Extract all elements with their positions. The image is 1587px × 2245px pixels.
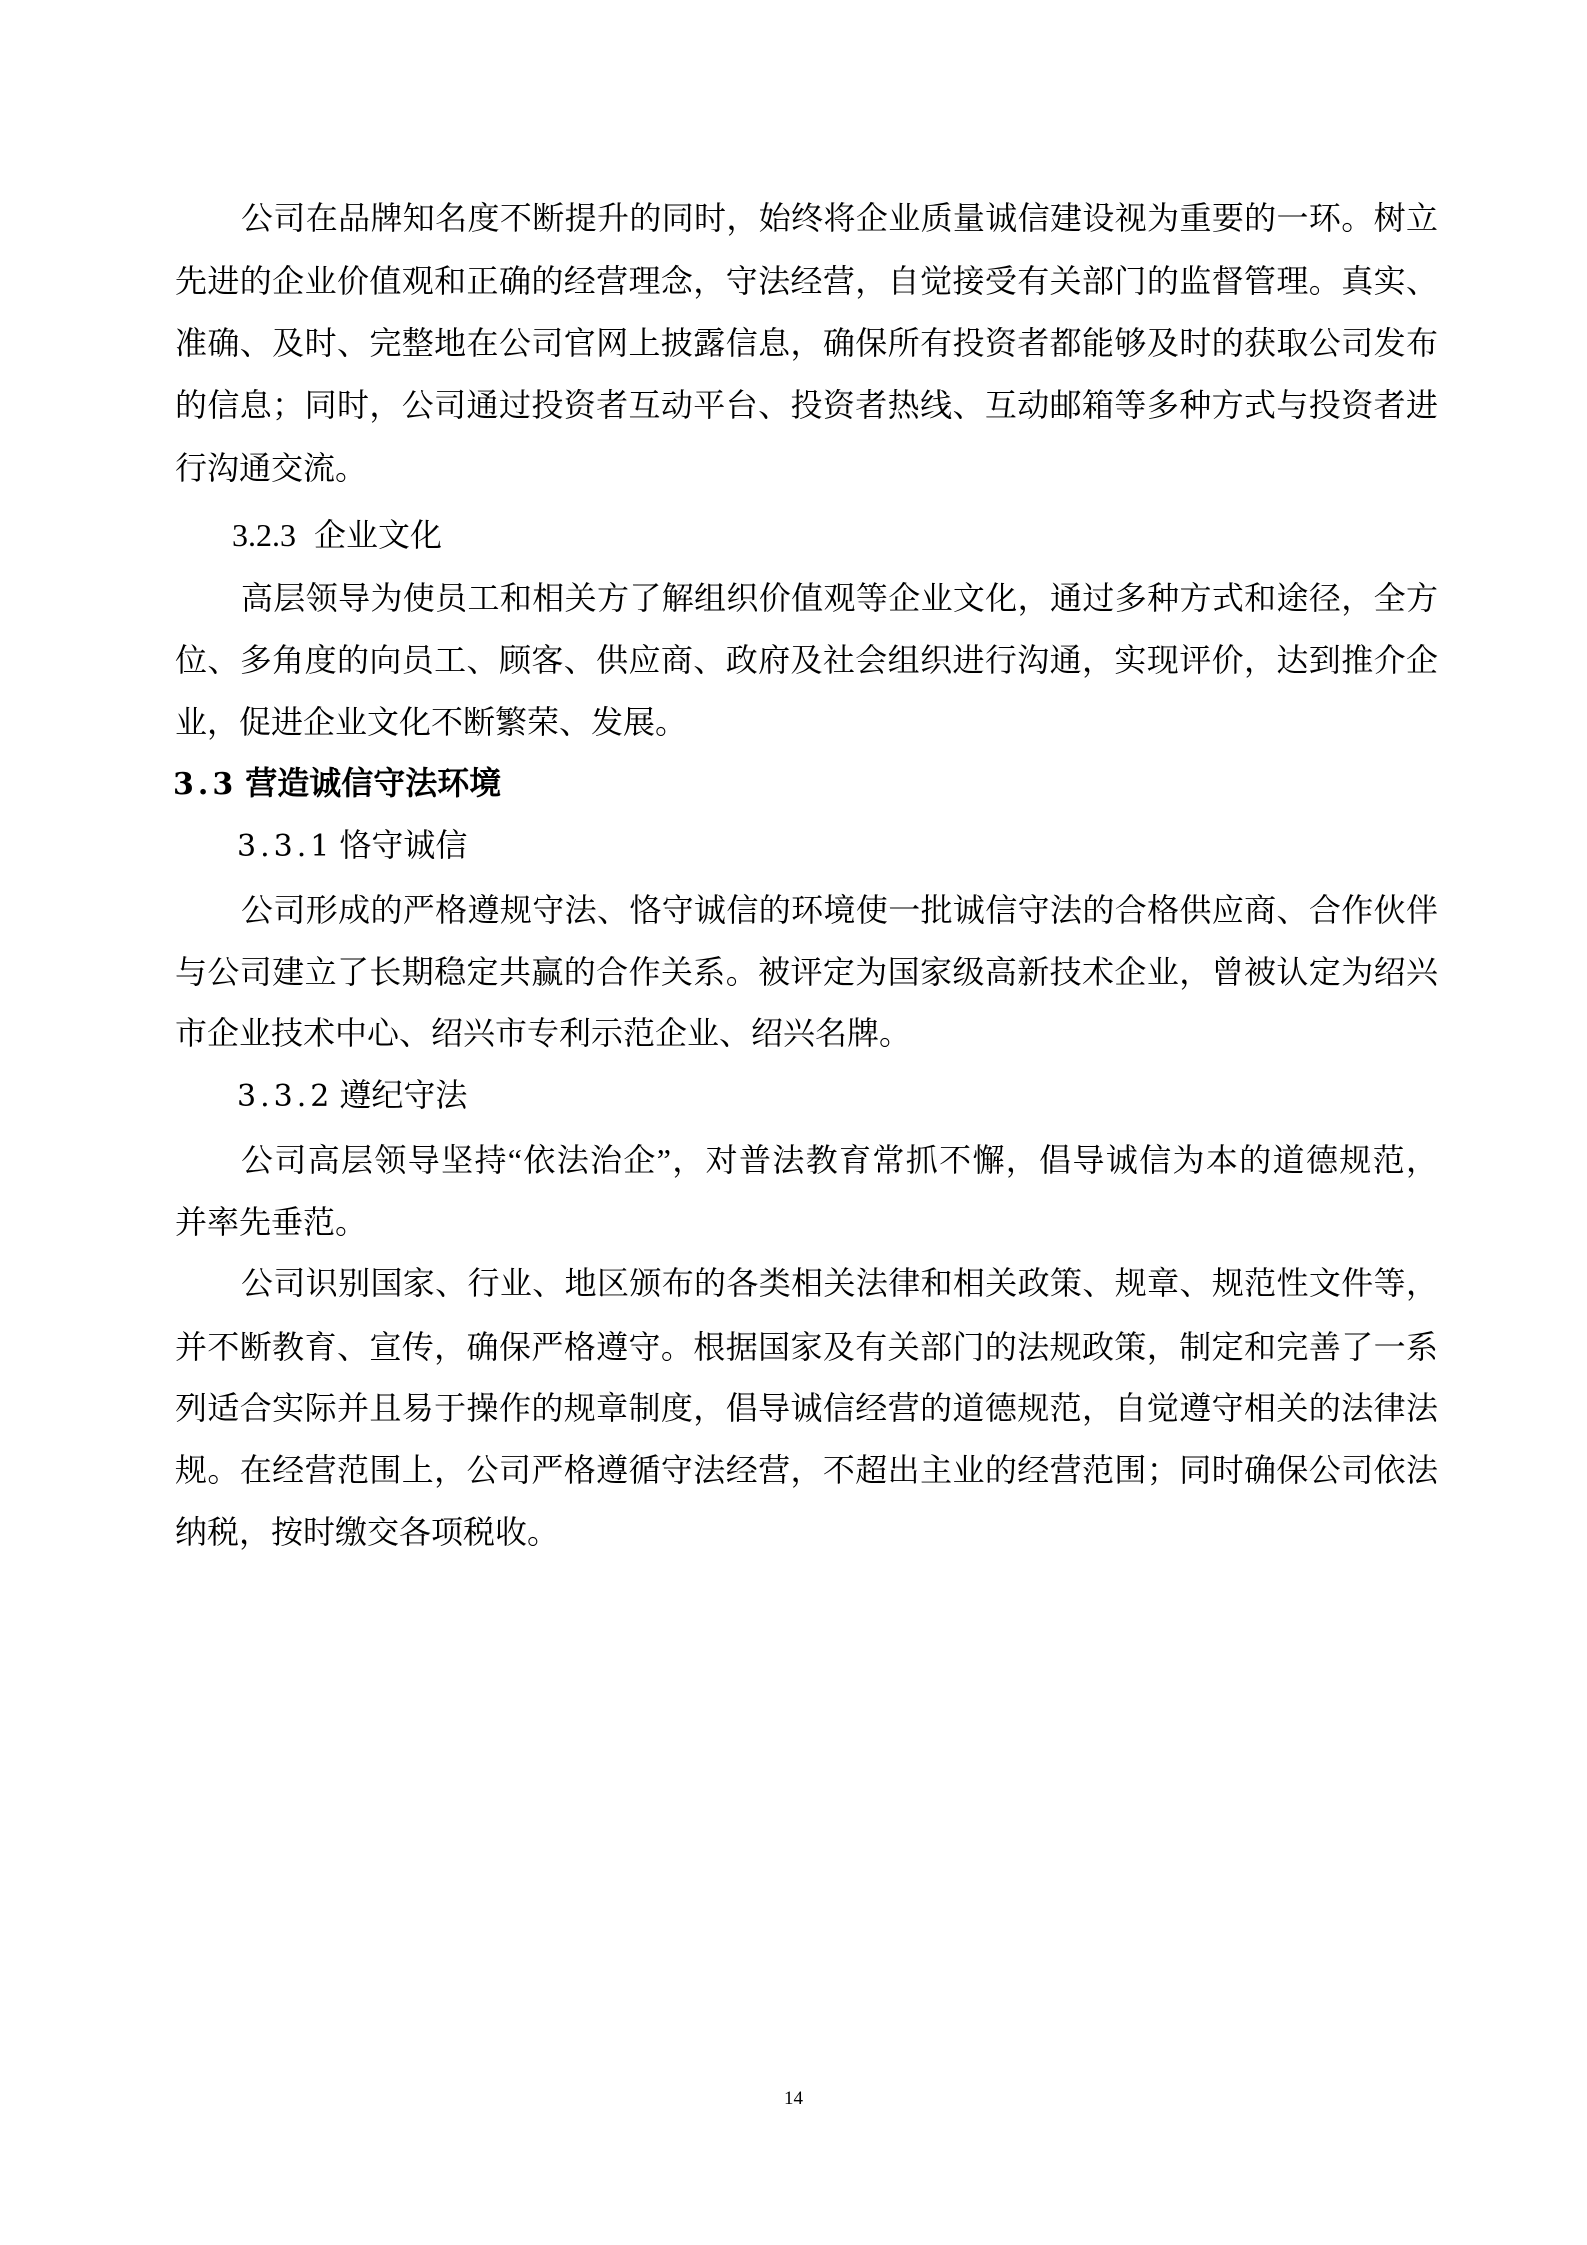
page-number: 14 (0, 2085, 1587, 2113)
paragraph-line: 公司形成的严格遵规守法、恪守诚信的环境使一批诚信守法的合格供应商、合作伙伴 (175, 879, 1438, 941)
paragraph-line: 位、多角度的向员工、顾客、供应商、政府及社会组织进行沟通，实现评价，达到推介企 (175, 629, 1438, 691)
document-page: 公司在品牌知名度不断提升的同时，始终将企业质量诚信建设视为重要的一环。树立 先进… (0, 0, 1587, 2245)
paragraph-line: 并率先垂范。 (175, 1191, 1438, 1253)
heading-title: 遵纪守法 (339, 1077, 467, 1113)
heading-number: 3.3 (173, 767, 237, 802)
paragraph-line: 市企业技术中心、绍兴市专利示范企业、绍兴名牌。 (175, 1002, 1438, 1064)
paragraph-line: 行沟通交流。 (175, 437, 1438, 499)
paragraph-line: 业，促进企业文化不断繁荣、发展。 (175, 691, 1438, 753)
paragraph-line: 的信息；同时，公司通过投资者互动平台、投资者热线、互动邮箱等多种方式与投资者进 (175, 374, 1438, 436)
section-heading-3-2-3: 3.2.3企业文化 (232, 504, 442, 566)
paragraph-line: 并不断教育、宣传，确保严格遵守。根据国家及有关部门的法规政策，制定和完善了一系 (175, 1316, 1438, 1378)
paragraph-line: 公司识别国家、行业、地区颁布的各类相关法律和相关政策、规章、规范性文件等， (175, 1252, 1438, 1314)
heading-number: 3.3.2 (237, 1079, 333, 1114)
paragraph-line: 与公司建立了长期稳定共赢的合作关系。被评定为国家级高新技术企业，曾被认定为绍兴 (175, 941, 1438, 1003)
heading-number: 3.2.3 (232, 504, 296, 566)
section-heading-3-3-2: 3.3.2遵纪守法 (237, 1064, 467, 1126)
section-heading-3-3-1: 3.3.1恪守诚信 (237, 814, 467, 876)
paragraph-line: 列适合实际并且易于操作的规章制度，倡导诚信经营的道德规范，自觉遵守相关的法律法 (175, 1377, 1438, 1439)
heading-title: 营造诚信守法环境 (245, 765, 501, 801)
paragraph-line: 规。在经营范围上，公司严格遵循守法经营，不超出主业的经营范围；同时确保公司依法 (175, 1439, 1438, 1501)
paragraph-line: 高层领导为使员工和相关方了解组织价值观等企业文化，通过多种方式和途径，全方 (175, 567, 1438, 629)
paragraph-line: 准确、及时、完整地在公司官网上披露信息，确保所有投资者都能够及时的获取公司发布 (175, 312, 1438, 374)
paragraph-line: 公司高层领导坚持“依法治企”，对普法教育常抓不懈，倡导诚信为本的道德规范， (175, 1129, 1438, 1191)
section-heading-3-3: 3.3营造诚信守法环境 (173, 752, 501, 814)
paragraph-line: 公司在品牌知名度不断提升的同时，始终将企业质量诚信建设视为重要的一环。树立 (175, 187, 1438, 249)
heading-title: 企业文化 (314, 517, 442, 553)
heading-number: 3.3.1 (237, 829, 333, 864)
paragraph-line: 纳税，按时缴交各项税收。 (175, 1501, 1438, 1563)
paragraph-line: 先进的企业价值观和正确的经营理念，守法经营，自觉接受有关部门的监督管理。真实、 (175, 250, 1438, 312)
heading-title: 恪守诚信 (339, 827, 467, 863)
